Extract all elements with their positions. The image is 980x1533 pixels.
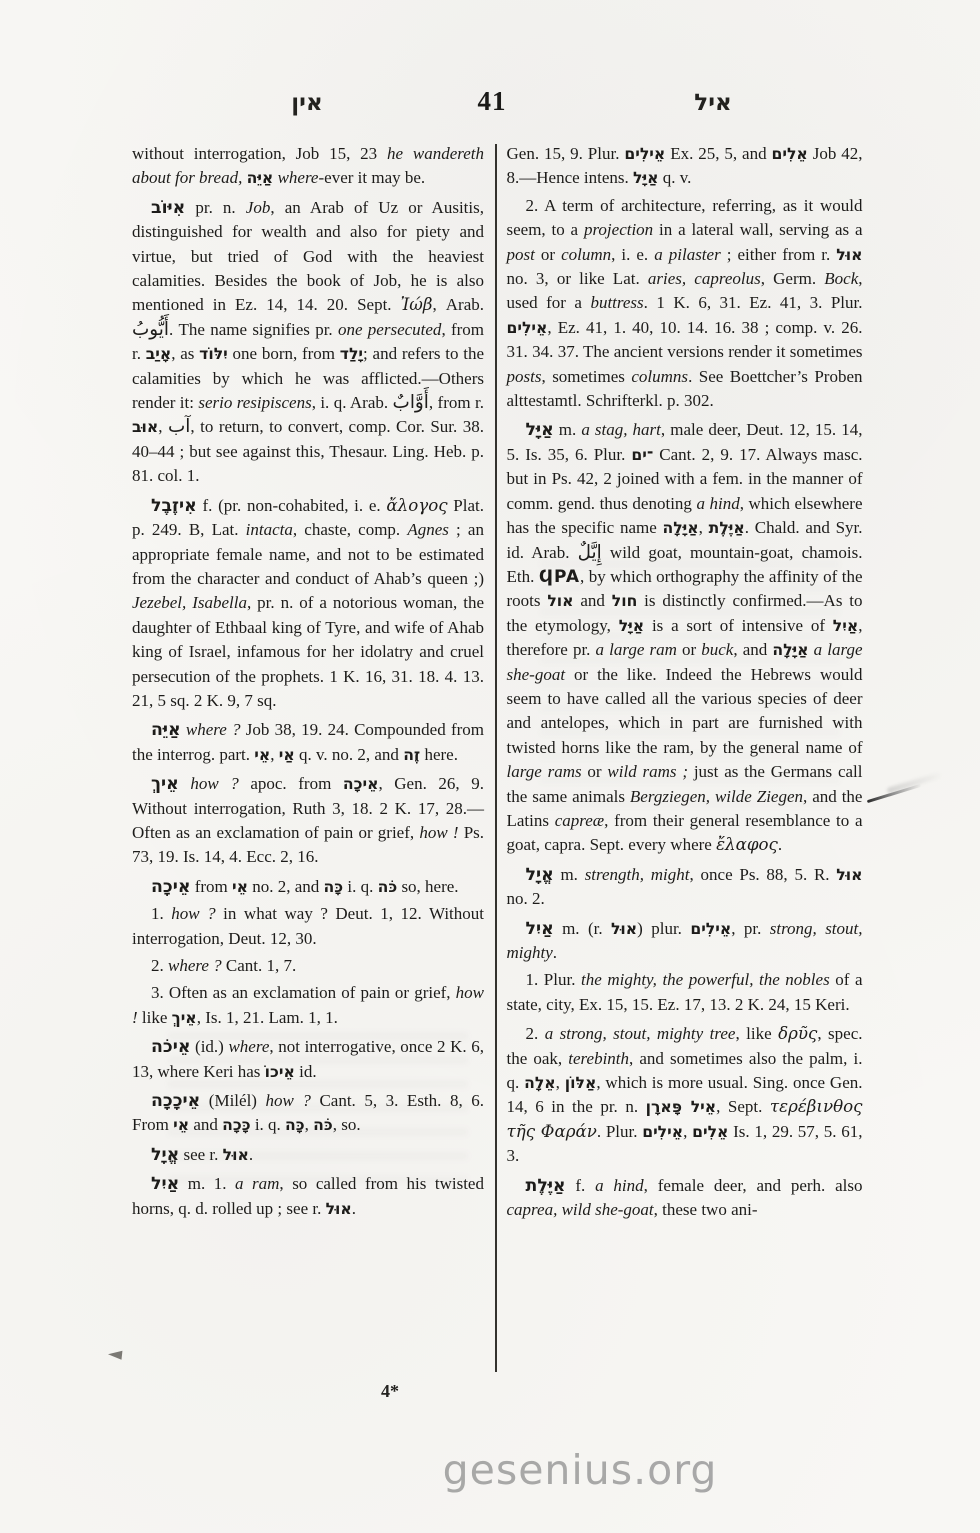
- hebrew-text: אוּל: [836, 865, 862, 884]
- italic-text: a hind: [595, 1176, 644, 1195]
- text-run: 2.: [526, 1024, 545, 1043]
- text-run: apoc. from: [239, 774, 343, 793]
- italic-text: Jezebel, Isabella: [132, 593, 247, 612]
- text-run: or: [535, 245, 561, 264]
- paragraph: without interrogation, Job 15, 23 he wan…: [132, 142, 484, 191]
- hebrew-lemma: אַיִל: [151, 1174, 179, 1194]
- italic-text: intacta: [246, 520, 293, 539]
- hebrew-text: אוּל: [223, 1145, 249, 1164]
- hebrew-text: אַיָּלָה: [663, 518, 699, 537]
- text-run: here.: [420, 745, 458, 764]
- italic-text: capreæ: [555, 811, 604, 830]
- text-run: , Arab.: [432, 295, 484, 314]
- hebrew-text: כָּכָה: [222, 1115, 250, 1134]
- hebrew-lemma: אֵיכֹה: [151, 1037, 190, 1057]
- italic-text: a pilaster: [654, 245, 720, 264]
- text-run: no. 2, and: [248, 877, 324, 896]
- italic-text: how ?: [266, 1091, 311, 1110]
- italic-text: posts: [507, 367, 542, 386]
- text-block: without interrogation, Job 15, 23 he wan…: [132, 142, 864, 1372]
- paragraph: אֵיכֹה (id.) where, not interrogative, o…: [132, 1035, 484, 1084]
- text-run: Cant. 1, 7.: [222, 956, 297, 975]
- italic-text: projection: [584, 220, 653, 239]
- greek-text: δρῦς: [778, 1024, 817, 1043]
- text-run: , chaste, comp.: [293, 520, 407, 539]
- paragraph: אַיֶּלֶת f. a hind, female deer, and per…: [507, 1174, 863, 1223]
- text-run: 1.: [151, 904, 171, 923]
- text-run: , Sept.: [716, 1097, 770, 1116]
- text-run: , pr.: [731, 919, 770, 938]
- hebrew-text: יָלַד: [340, 344, 363, 363]
- hebrew-text: אֵלָה: [524, 1073, 556, 1092]
- text-run: ,: [699, 518, 709, 537]
- column-divider-rule: [495, 144, 497, 1372]
- watermark: gesenius.org: [0, 1446, 980, 1494]
- pen-stroke: [867, 784, 921, 803]
- text-run: , female deer, and perh. also: [644, 1176, 863, 1195]
- hebrew-text: אוּל: [836, 245, 862, 264]
- text-run: , once Ps. 88, 5. R.: [690, 865, 837, 884]
- italic-text: buttress: [590, 293, 643, 312]
- hebrew-text: אָיַב: [146, 344, 172, 363]
- hebrew-text: אֵיכָה: [343, 774, 379, 793]
- hebrew-lemma: אִיזֶבֶל: [151, 496, 197, 516]
- paragraph: אַיָּל m. a stag, hart, male deer, Deut.…: [507, 418, 863, 857]
- arabic-text: أَيُّوبُ: [132, 319, 169, 340]
- text-run: , i. e.: [611, 245, 654, 264]
- text-run: , sometimes: [541, 367, 631, 386]
- italic-text: where ?: [168, 956, 222, 975]
- signature-mark: 4*: [352, 1381, 428, 1402]
- text-run: , as: [171, 344, 199, 363]
- paragraph: אִיזֶבֶל f. (pr. non-cohabited, i. e. ἄλ…: [132, 494, 484, 714]
- hebrew-lemma: אַיֵּה: [151, 720, 181, 740]
- text-run: or: [677, 640, 701, 659]
- hebrew-text: אוּל: [611, 919, 637, 938]
- paragraph: אֵיכָכָה (Milél) how ? Cant. 5, 3. Esth.…: [132, 1089, 484, 1138]
- hebrew-lemma: אַיִל: [526, 919, 554, 939]
- arabic-text: آب: [168, 416, 190, 437]
- italic-text: buck: [701, 640, 733, 659]
- text-run: no. 2.: [507, 889, 545, 908]
- hebrew-text: אַיֶּלֶת: [709, 518, 745, 537]
- hebrew-text: כָּה: [324, 877, 344, 896]
- hebrew-text: יִלּוֹד: [199, 344, 228, 363]
- italic-text: a stag, hart: [581, 420, 661, 439]
- hebrew-text: אַי: [279, 745, 295, 764]
- hebrew-text: כֹּה: [378, 877, 398, 896]
- header-keyword-right: איל: [668, 90, 758, 116]
- text-run: q. v.: [658, 168, 691, 187]
- left-column: without interrogation, Job 15, 23 he wan…: [132, 142, 484, 1224]
- text-run: or: [582, 762, 608, 781]
- text-run: no. 3, or like Lat.: [507, 269, 648, 288]
- italic-text: where: [278, 168, 319, 187]
- hebrew-text: אֵלִים: [772, 144, 808, 163]
- italic-text: the mighty, the powerful, the nobles: [581, 970, 830, 989]
- paragraph: Gen. 15, 9. Plur. אֵילִים Ex. 25, 5, and…: [507, 142, 863, 191]
- text-run: f. (pr. non-cohabited, i. e.: [197, 496, 387, 515]
- hebrew-text: אַיָּלָה: [772, 640, 808, 659]
- text-run: 1. Plur.: [526, 970, 582, 989]
- text-run: .: [352, 1199, 356, 1218]
- hebrew-lemma: אֵיךְ: [151, 774, 179, 794]
- hebrew-text: אַלּוֹן: [565, 1073, 597, 1092]
- text-run: from: [190, 877, 232, 896]
- text-run: so, here.: [397, 877, 458, 896]
- hebrew-text: אול: [547, 591, 573, 610]
- margin-ink-mark: [108, 1349, 123, 1359]
- hebrew-text: אֵיל פָּארָן: [646, 1097, 717, 1116]
- text-run: , Ez. 41, 1. 40, 10. 14. 16. 38 ; comp. …: [507, 318, 863, 361]
- text-run: , Is. 1, 21. Lam. 1, 1.: [197, 1008, 338, 1027]
- text-run: m. 1.: [179, 1174, 235, 1193]
- hebrew-text: אוּל: [326, 1199, 352, 1218]
- text-run: i. q.: [343, 877, 377, 896]
- paragraph: אֱיָל m. strength, might, once Ps. 88, 5…: [507, 863, 863, 912]
- pen-stroke-faint: [886, 772, 941, 794]
- italic-text: where ?: [186, 720, 241, 739]
- hebrew-text: אוּב: [132, 417, 158, 436]
- hebrew-text: אֵלִים: [692, 1122, 728, 1141]
- hebrew-text: זֶה: [403, 745, 420, 764]
- dictionary-page-scan: אין 41 איל without interrogation, Job 15…: [0, 0, 980, 1533]
- text-run: id.: [295, 1062, 317, 1081]
- text-run: .: [249, 1145, 253, 1164]
- text-run: m.: [554, 420, 582, 439]
- italic-text: Bergziegen, wilde Ziegen: [630, 787, 803, 806]
- text-run: in a lateral wall, serving as a: [653, 220, 862, 239]
- text-run: one born, from: [228, 344, 340, 363]
- hebrew-text: אַיֵּה: [247, 168, 274, 187]
- italic-text: how ?: [190, 774, 238, 793]
- paragraph: אֵיךְ how ? apoc. from אֵיכָה, Gen. 26, …: [132, 772, 484, 870]
- paragraph: אֵיכָה from אֵי no. 2, and כָּה i. q. כֹ…: [132, 875, 484, 899]
- greek-text: ἔλαφος: [716, 835, 778, 854]
- text-run: ) plur.: [637, 919, 690, 938]
- text-run: , and: [733, 640, 772, 659]
- text-run: .: [553, 943, 557, 962]
- italic-text: strength, might: [585, 865, 690, 884]
- paragraph: אַיֵּה where ? Job 38, 19. 24. Compounde…: [132, 718, 484, 767]
- italic-text: large rams: [507, 762, 582, 781]
- text-run: m. (r.: [554, 919, 611, 938]
- hebrew-text: אֵילִים: [642, 1122, 683, 1141]
- italic-text: column: [561, 245, 611, 264]
- text-run: see r.: [179, 1145, 222, 1164]
- arabic-text: إِيَّلٌ: [578, 542, 602, 563]
- text-run: (Milél): [200, 1091, 265, 1110]
- text-run: (id.): [190, 1037, 228, 1056]
- italic-text: a large ram: [596, 640, 677, 659]
- hebrew-text: אֵי: [232, 877, 248, 896]
- text-run: ,: [683, 1122, 692, 1141]
- text-run: . The name signifies pr.: [169, 320, 338, 339]
- text-run: , from r.: [429, 393, 484, 412]
- italic-text: a hind: [696, 494, 739, 513]
- text-run: i. q.: [251, 1115, 285, 1134]
- right-column: Gen. 15, 9. Plur. אֵילִים Ex. 25, 5, and…: [507, 142, 863, 1225]
- pen-mark: [862, 770, 932, 810]
- italic-text: a strong, stout, mighty tree: [545, 1024, 736, 1043]
- paragraph: 3. Often as an exclamation of pain or gr…: [132, 981, 484, 1030]
- hebrew-lemma: אַיָּל: [526, 420, 554, 440]
- paragraph: אַיִל m. 1. a ram, so called from his tw…: [132, 1172, 484, 1221]
- italic-text: one persecuted: [338, 320, 441, 339]
- hebrew-text: אַיָּל: [633, 168, 658, 187]
- text-run: q. v. no. 2, and: [295, 745, 403, 764]
- italic-text: a ram: [235, 1174, 279, 1193]
- text-run: , like: [735, 1024, 778, 1043]
- text-run: , these two ani-: [654, 1200, 758, 1219]
- paragraph: אִיּוֹב pr. n. Job, an Arab of Uz or Aus…: [132, 196, 484, 489]
- italic-text: how ?: [171, 904, 215, 923]
- hebrew-text: אַיִל: [833, 616, 858, 635]
- paragraph: 1. Plur. the mighty, the powerful, the n…: [507, 968, 863, 1017]
- page-number: 41: [455, 86, 529, 117]
- italic-text: post: [507, 245, 535, 264]
- text-run: Ex. 25, 5, and: [665, 144, 771, 163]
- text-run: 3. Often as an exclamation of pain or gr…: [151, 983, 456, 1002]
- text-run: and: [574, 591, 612, 610]
- text-run: ,: [158, 417, 168, 436]
- paragraph: אַיִל m. (r. אוּל) plur. אֵילִים, pr. st…: [507, 917, 863, 966]
- hebrew-text: אֵי: [254, 745, 270, 764]
- text-run: f.: [566, 1176, 596, 1195]
- text-run: -ever it may be.: [318, 168, 425, 187]
- italic-text: serio resipiscens: [198, 393, 311, 412]
- text-run: ; either from r.: [721, 245, 837, 264]
- text-run: 2.: [151, 956, 168, 975]
- italic-text: aries, capreolus: [648, 269, 761, 288]
- hebrew-lemma: אַיֶּלֶת: [526, 1176, 566, 1196]
- italic-text: wild rams ;: [607, 762, 688, 781]
- hebrew-text: אֵילִים: [507, 318, 548, 337]
- text-run: pr. n.: [185, 198, 246, 217]
- hebrew-text: חול: [612, 591, 638, 610]
- italic-text: Job: [246, 198, 271, 217]
- header-keyword-left: אין: [262, 90, 352, 116]
- text-run: ,: [270, 745, 279, 764]
- text-run: , Germ.: [761, 269, 825, 288]
- greek-text: ἄλογος: [386, 496, 447, 515]
- italic-text: where: [228, 1037, 269, 1056]
- text-run: , i. q. Arab.: [312, 393, 393, 412]
- paragraph: 1. how ? in what way ? Deut. 1, 12. With…: [132, 902, 484, 951]
- arabic-text: أَوَّابٌ: [393, 392, 429, 413]
- hebrew-text: כָּה: [285, 1115, 305, 1134]
- text-run: . Plur.: [597, 1122, 642, 1141]
- text-run: [179, 774, 191, 793]
- text-run: like: [138, 1008, 172, 1027]
- text-run: , so.: [333, 1115, 361, 1134]
- paragraph: 2. where ? Cant. 1, 7.: [132, 954, 484, 978]
- text-run: ,: [305, 1115, 314, 1134]
- hebrew-text: אֵי: [173, 1115, 189, 1134]
- hebrew-text: ־ים: [631, 445, 653, 464]
- paragraph: אֱיָל see r. אוּל.: [132, 1143, 484, 1167]
- italic-text: columns: [631, 367, 688, 386]
- ethiopic-text: ϤPA: [539, 567, 580, 587]
- italic-text: terebinth: [568, 1049, 629, 1068]
- italic-text: how !: [419, 823, 458, 842]
- italic-text: Bock: [824, 269, 858, 288]
- paragraph: 2. a strong, stout, mighty tree, like δρ…: [507, 1022, 863, 1168]
- page-header: אין 41 איל: [0, 86, 980, 130]
- italic-text: caprea, wild she-goat: [507, 1200, 654, 1219]
- hebrew-text: אֵילִים: [690, 919, 731, 938]
- hebrew-text: אֵיךְ: [172, 1008, 197, 1027]
- text-run: without interrogation, Job 15, 23: [132, 144, 387, 163]
- hebrew-text: אֵיכוֹ: [265, 1062, 295, 1081]
- text-run: and: [189, 1115, 222, 1134]
- text-run: is a sort of intensive of: [644, 616, 833, 635]
- text-run: Gen. 15, 9. Plur.: [507, 144, 625, 163]
- hebrew-lemma: אִיּוֹב: [151, 198, 185, 218]
- text-run: . 1 K. 6, 31. Ez. 41, 3. Plur.: [644, 293, 863, 312]
- text-run: ,: [556, 1073, 565, 1092]
- hebrew-lemma: אֱיָל: [151, 1145, 179, 1165]
- hebrew-text: כֹּה: [313, 1115, 333, 1134]
- hebrew-lemma: אֵיכָה: [151, 877, 190, 897]
- hebrew-lemma: אֱיָל: [526, 865, 554, 885]
- italic-text: Agnes: [407, 520, 449, 539]
- hebrew-text: אֵילִים: [624, 144, 665, 163]
- greek-text: Ἰώβ: [401, 295, 433, 314]
- text-run: m.: [554, 865, 585, 884]
- text-run: .: [778, 835, 782, 854]
- hebrew-lemma: אֵיכָכָה: [151, 1091, 200, 1111]
- hebrew-text: אַיָּל: [619, 616, 644, 635]
- paragraph: 2. A term of architecture, referring, as…: [507, 194, 863, 414]
